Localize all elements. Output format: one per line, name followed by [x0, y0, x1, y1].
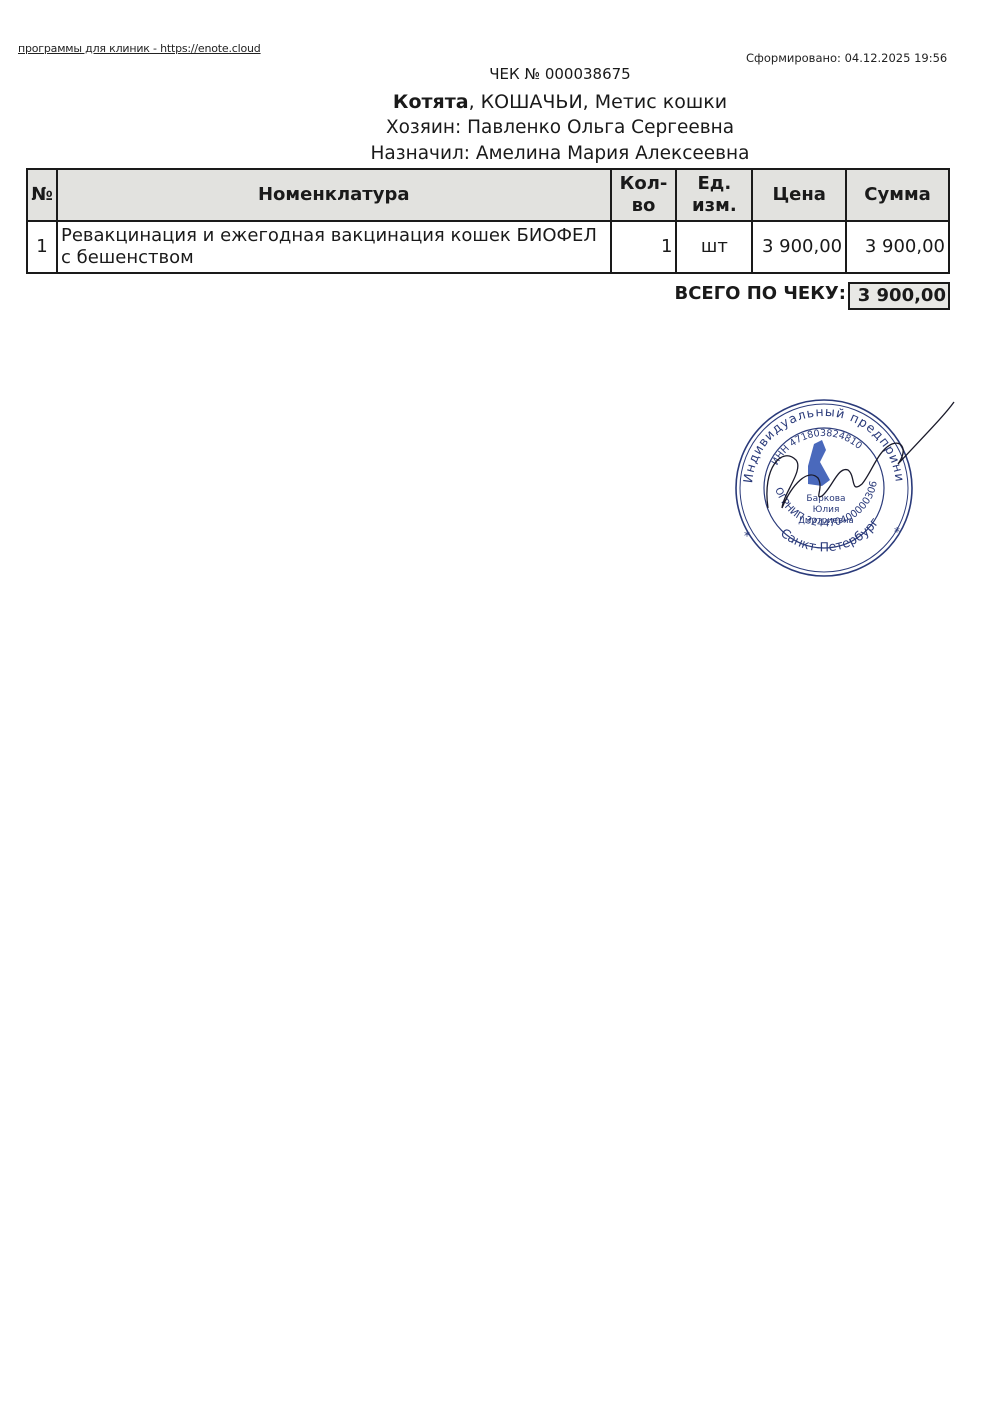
svg-text:Баркова: Баркова: [806, 494, 845, 504]
cell-sum: 3 900,00: [846, 221, 949, 273]
generated-timestamp: Сформировано: 04.12.2025 19:56: [746, 51, 947, 65]
patient-name: Котята: [393, 91, 469, 113]
col-price: Цена: [752, 169, 846, 221]
svg-text:Дмитриевна: Дмитриевна: [798, 516, 853, 526]
svg-text:*: *: [744, 529, 750, 543]
svg-text:Юлия: Юлия: [813, 505, 840, 515]
cell-qty: 1: [611, 221, 677, 273]
cell-name: Ревакцинация и ежегодная вакцинация коше…: [57, 221, 611, 273]
items-table: № Номенклатура Кол-во Ед. изм. Цена Сумм…: [26, 168, 950, 274]
svg-text:*: *: [894, 525, 900, 539]
total-label: ВСЕГО ПО ЧЕКУ:: [600, 283, 846, 304]
table-row: 1 Ревакцинация и ежегодная вакцинация ко…: [27, 221, 949, 273]
owner-line: Хозяин: Павленко Ольга Сергеевна: [120, 117, 986, 138]
receipt-number: ЧЕК № 000038675: [120, 65, 986, 83]
col-no: №: [27, 169, 57, 221]
assigned-by-line: Назначил: Амелина Мария Алексеевна: [120, 143, 986, 164]
cell-price: 3 900,00: [752, 221, 846, 273]
total-value: 3 900,00: [848, 282, 950, 310]
col-qty: Кол-во: [611, 169, 677, 221]
col-unit: Ед. изм.: [676, 169, 752, 221]
table-header-row: № Номенклатура Кол-во Ед. изм. Цена Сумм…: [27, 169, 949, 221]
software-link[interactable]: программы для клиник - https://enote.clo…: [18, 42, 261, 55]
col-name: Номенклатура: [57, 169, 611, 221]
patient-line: Котята, КОШАЧЬИ, Метис кошки: [120, 91, 986, 113]
patient-details: , КОШАЧЬИ, Метис кошки: [469, 91, 728, 113]
cell-no: 1: [27, 221, 57, 273]
company-stamp-icon: Индивидуальный предприниматель ИНН 47180…: [722, 388, 962, 588]
col-sum: Сумма: [846, 169, 949, 221]
cell-unit: шт: [676, 221, 752, 273]
